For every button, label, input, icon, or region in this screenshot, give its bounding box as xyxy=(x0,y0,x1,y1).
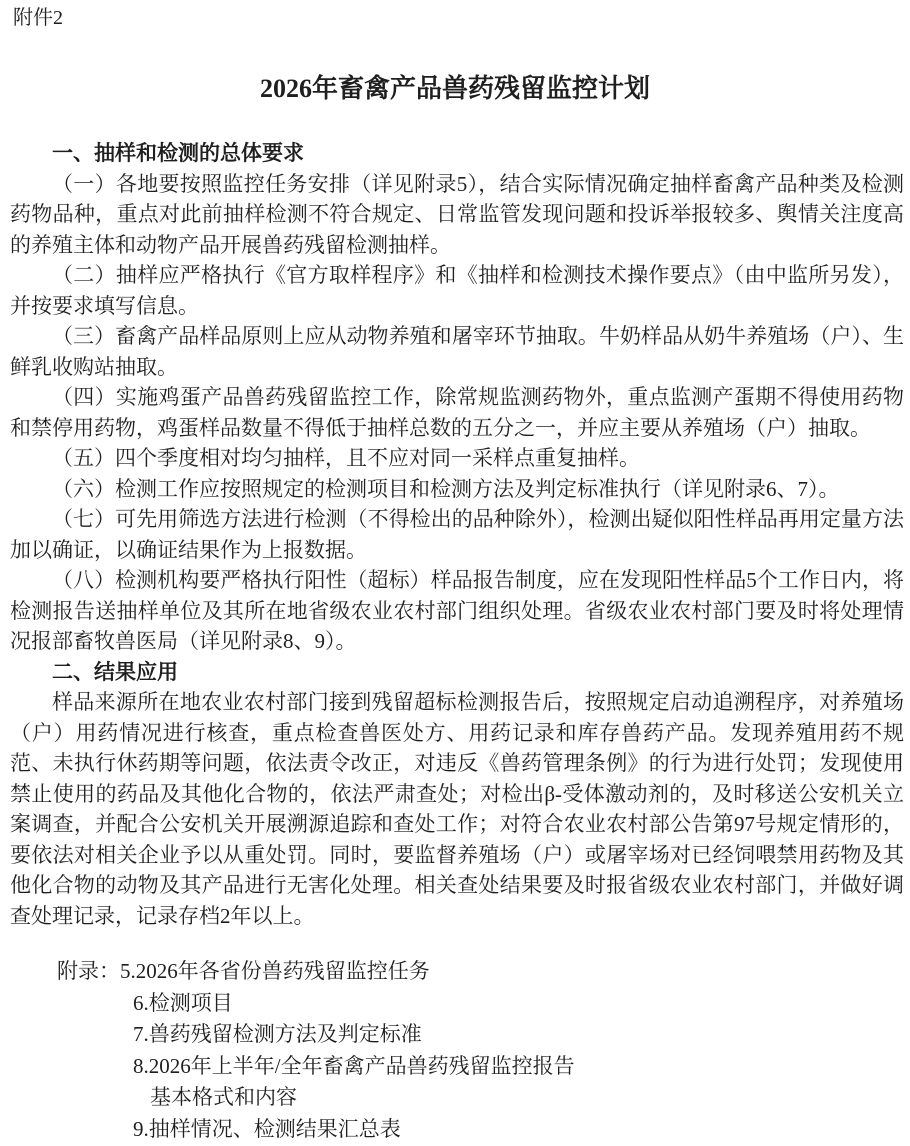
appendix-item-7: 7.兽药残留检测方法及判定标准 xyxy=(10,1019,904,1051)
appendix-row-1: 附录：5.2026年各省份兽药残留监控任务 xyxy=(10,956,904,988)
appendix-item-5: 5.2026年各省份兽药残留监控任务 xyxy=(120,959,430,983)
section-1-paragraph-6: （六）检测工作应按照规定的检测项目和检测方法及判定标准执行（详见附录6、7）。 xyxy=(10,474,904,505)
section-1-paragraph-2: （二）抽样应严格执行《官方取样程序》和《抽样和检测技术操作要点》（由中监所另发）… xyxy=(10,260,904,321)
document-title: 2026年畜禽产品兽药残留监控计划 xyxy=(0,0,910,106)
section-1-paragraph-1: （一）各地要按照监控任务安排（详见附录5），结合实际情况确定抽样畜禽产品种类及检… xyxy=(10,169,904,261)
appendix-list: 附录：5.2026年各省份兽药残留监控任务 6.检测项目 7.兽药残留检测方法及… xyxy=(10,956,904,1145)
appendix-label: 附录： xyxy=(57,959,120,983)
appendix-item-8-continuation: 基本格式和内容 xyxy=(10,1082,904,1114)
section-1-paragraph-8: （八）检测机构要严格执行阳性（超标）样品报告制度，应在发现阳性样品5个工作日内，… xyxy=(10,565,904,657)
appendix-item-8: 8.2026年上半年/全年畜禽产品兽药残留监控报告 xyxy=(10,1051,904,1083)
section-1-paragraph-7: （七）可先用筛选方法进行检测（不得检出的品种除外），检测出疑似阳性样品再用定量方… xyxy=(10,504,904,565)
document-body: 一、抽样和检测的总体要求 （一）各地要按照监控任务安排（详见附录5），结合实际情… xyxy=(10,138,904,1145)
section-1-paragraph-4: （四）实施鸡蛋产品兽药残留监控工作，除常规监测药物外，重点监测产蛋期不得使用药物… xyxy=(10,382,904,443)
appendix-item-6: 6.检测项目 xyxy=(10,988,904,1020)
section-1-paragraph-3: （三）畜禽产品样品原则上应从动物养殖和屠宰环节抽取。牛奶样品从奶牛养殖场（户）、… xyxy=(10,321,904,382)
section-1-paragraph-5: （五）四个季度相对均匀抽样，且不应对同一采样点重复抽样。 xyxy=(10,443,904,474)
section-2-paragraph-1: 样品来源所在地农业农村部门接到残留超标检测报告后，按照规定启动追溯程序，对养殖场… xyxy=(10,687,904,931)
document-page: 附件2 2026年畜禽产品兽药残留监控计划 一、抽样和检测的总体要求 （一）各地… xyxy=(0,0,910,1146)
section-2-heading: 二、结果应用 xyxy=(10,657,904,688)
attachment-label: 附件2 xyxy=(13,5,63,31)
appendix-item-9: 9.抽样情况、检测结果汇总表 xyxy=(10,1114,904,1146)
section-1-heading: 一、抽样和检测的总体要求 xyxy=(10,138,904,169)
